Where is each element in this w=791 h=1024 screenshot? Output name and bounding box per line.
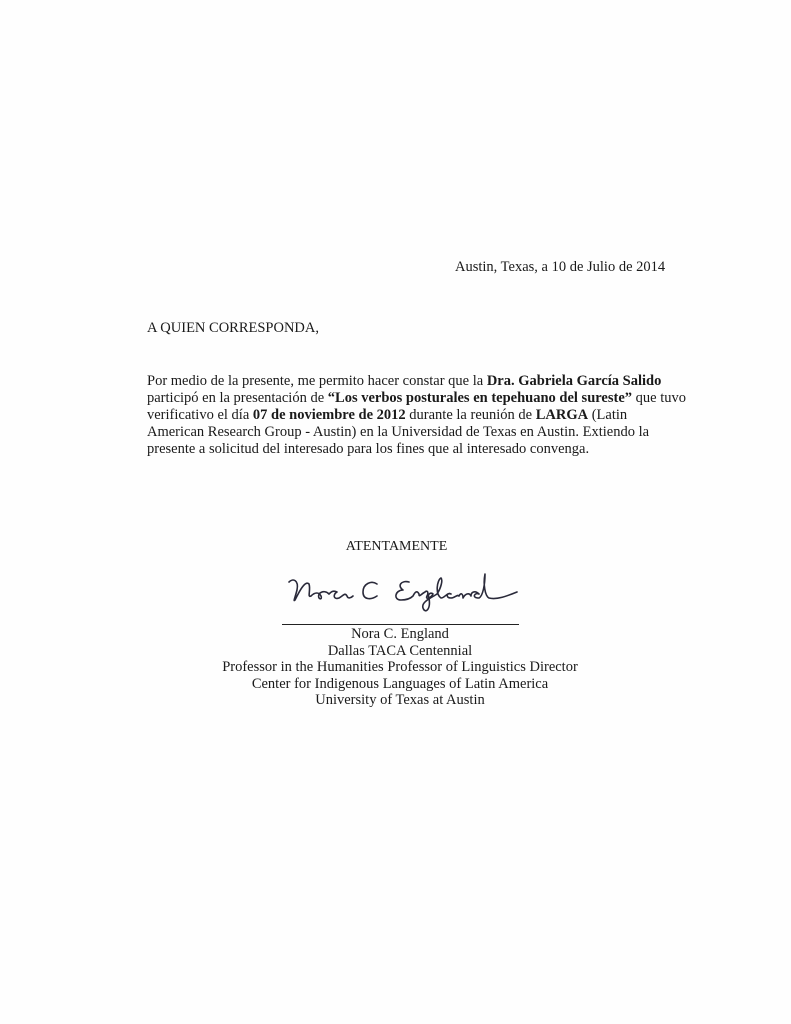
signer-title-2: Professor in the Humanities Professor of… [200, 659, 600, 676]
letter-body: Por medio de la presente, me permito hac… [147, 373, 687, 458]
presentation-title: “Los verbos posturales en tepehuano del … [328, 390, 632, 406]
letter-page: Austin, Texas, a 10 de Julio de 2014 A Q… [0, 0, 791, 1024]
body-text-1: Por medio de la presente, me permito hac… [147, 373, 487, 389]
signer-name: Nora C. England [200, 626, 600, 643]
body-text-2: participó en la presentación de [147, 390, 328, 406]
date-line: Austin, Texas, a 10 de Julio de 2014 [455, 259, 665, 276]
signer-block: Nora C. England Dallas TACA Centennial P… [200, 626, 600, 709]
organization: LARGA [536, 407, 588, 423]
signer-title-3: Center for Indigenous Languages of Latin… [200, 676, 600, 693]
signer-institution: University of Texas at Austin [200, 692, 600, 709]
body-text-4: durante la reunión de [406, 407, 536, 423]
signer-title-1: Dallas TACA Centennial [200, 643, 600, 660]
handwritten-signature [285, 570, 525, 615]
recipient-name: Dra. Gabriela García Salido [487, 373, 662, 389]
closing: ATENTAMENTE [0, 539, 791, 555]
event-date: 07 de noviembre de 2012 [253, 407, 406, 423]
signature-line [282, 624, 519, 625]
greeting: A QUIEN CORRESPONDA, [147, 320, 319, 337]
